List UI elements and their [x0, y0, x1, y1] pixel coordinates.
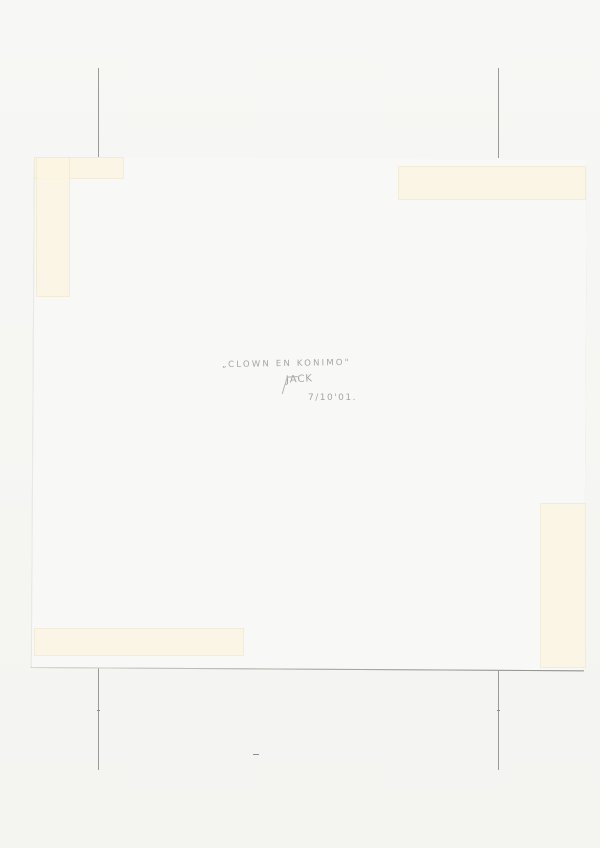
crop-guide-left-bottom: [98, 665, 99, 770]
guide-tick-right: [497, 710, 500, 711]
inscription-date: 7/10'01.: [308, 393, 357, 403]
mounted-paper: [31, 157, 587, 670]
center-mark: [253, 754, 259, 755]
tape-left-vertical: [36, 157, 70, 297]
tape-bottom-left: [34, 628, 244, 656]
crop-guide-right-top: [498, 68, 499, 158]
tape-top-right: [398, 166, 586, 200]
tape-right-vertical: [540, 503, 586, 668]
crop-guide-right-bottom: [498, 668, 499, 770]
guide-tick-left: [97, 710, 100, 711]
artist-signature: JACK: [286, 373, 314, 385]
crop-guide-left-top: [98, 68, 99, 158]
